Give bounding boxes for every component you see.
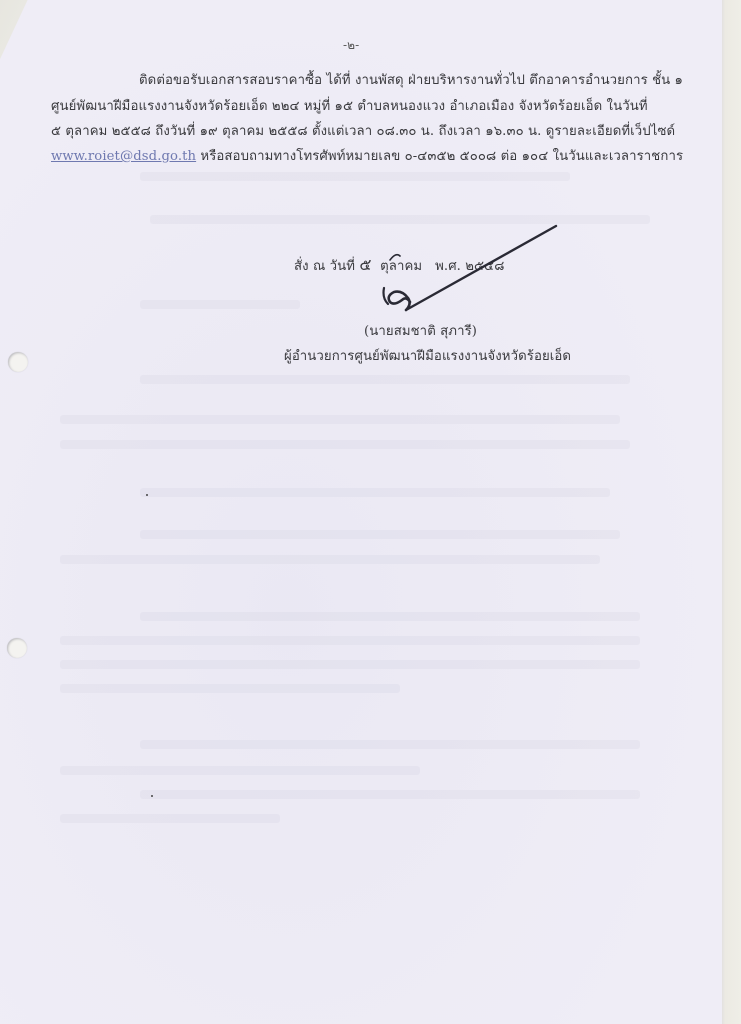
- signatory-name: (นายสมชาติ สุภารี): [364, 320, 477, 341]
- website-link[interactable]: www.roiet@dsd.go.th: [51, 149, 196, 164]
- handwritten-signature: [376, 222, 566, 314]
- paragraph-line-4: www.roiet@dsd.go.th หรือสอบถามทางโทรศัพท…: [51, 145, 683, 166]
- paragraph-line-1: ติดต่อขอรับเอกสารสอบราคาซื้อ ได้ที่ งานพ…: [139, 69, 683, 90]
- scanner-background-edge: [722, 0, 741, 1024]
- bleed-through-text: [60, 636, 640, 645]
- bleed-through-text: [60, 660, 640, 669]
- bleed-through-text: [60, 814, 280, 823]
- scanned-page: -๒- ติดต่อขอรับเอกสารสอบราคาซื้อ ได้ที่ …: [0, 0, 724, 1024]
- signatory-title: ผู้อำนวยการศูนย์พัฒนาฝีมือแรงงานจังหวัดร…: [284, 345, 571, 366]
- folded-corner: [0, 0, 28, 70]
- bleed-through-text: [60, 766, 420, 775]
- bleed-through-text: [60, 440, 630, 449]
- bleed-through-text: [140, 172, 570, 181]
- bleed-through-text: [60, 415, 620, 424]
- ordered-prefix: สั่ง ณ วันที่: [294, 259, 355, 274]
- contact-text: หรือสอบถามทางโทรศัพท์หมายเลข ๐-๔๓๕๒ ๕๐๐๘…: [196, 149, 683, 164]
- bleed-through-text: [140, 612, 640, 621]
- bleed-through-text: [140, 375, 630, 384]
- paragraph-line-3: ๕ ตุลาคม ๒๕๕๘ ถึงวันที่ ๑๙ ตุลาคม ๒๕๕๘ ต…: [51, 120, 675, 141]
- scan-speck: [151, 795, 153, 797]
- binder-hole-bottom: [7, 638, 27, 658]
- scan-speck: [146, 494, 148, 496]
- bleed-through-text: [140, 300, 300, 309]
- bleed-through-text: [60, 684, 400, 693]
- bleed-through-text: [140, 740, 640, 749]
- bleed-through-text: [140, 790, 640, 799]
- ordered-day: ๕: [359, 255, 371, 274]
- page-number: -๒-: [343, 36, 359, 55]
- paragraph-line-2: ศูนย์พัฒนาฝีมือแรงงานจังหวัดร้อยเอ็ด ๒๒๔…: [51, 95, 648, 116]
- binder-hole-top: [8, 352, 28, 372]
- bleed-through-text: [140, 530, 620, 539]
- bleed-through-text: [140, 488, 610, 497]
- bleed-through-text: [60, 555, 600, 564]
